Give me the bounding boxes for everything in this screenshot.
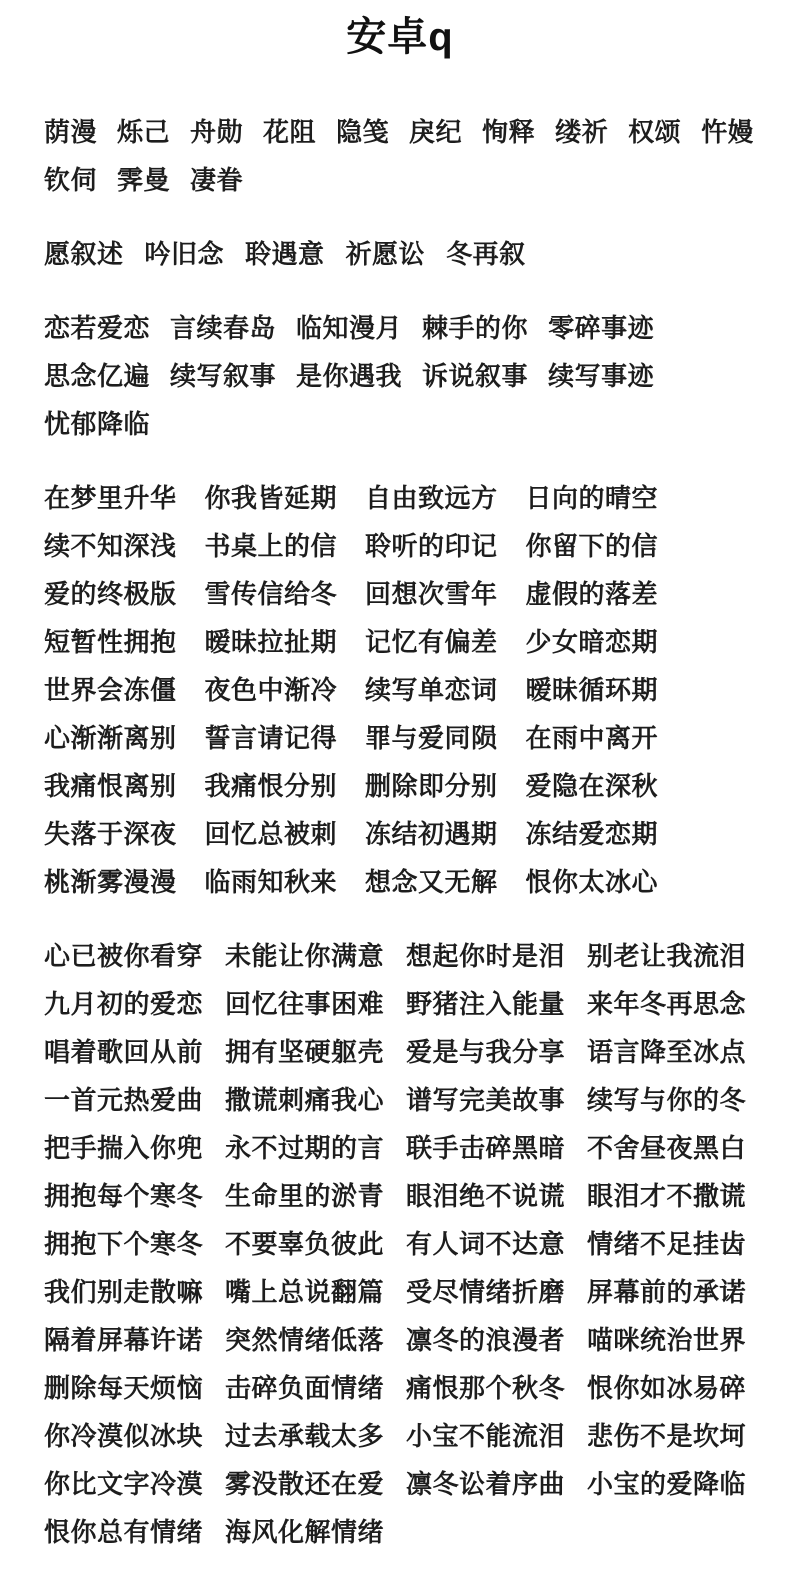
word: 你我皆延期	[205, 478, 338, 515]
word: 桃渐雾漫漫	[44, 862, 177, 899]
word-row: 你冷漠似冰块过去承载太多小宝不能流泪悲伤不是坎坷	[44, 1410, 756, 1458]
word: 凛冬的浪漫者	[406, 1320, 565, 1357]
word-row: 隔着屏幕许诺突然情绪低落凛冬的浪漫者喵咪统治世界	[44, 1314, 756, 1362]
word: 删除即分别	[365, 766, 498, 803]
word: 短暂性拥抱	[44, 622, 177, 659]
word: 情绪不足挂齿	[587, 1224, 746, 1261]
word: 续写叙事	[170, 356, 276, 393]
word: 聆听的印记	[365, 526, 498, 563]
word: 忧郁降临	[44, 404, 150, 441]
word: 悲伤不是坎坷	[587, 1416, 746, 1453]
word-row: 你比文字冷漠雾没散还在爱凛冬讼着序曲小宝的爱降临	[44, 1458, 756, 1506]
word-row: 在梦里升华你我皆延期自由致远方日向的晴空	[44, 472, 756, 520]
word: 拥有坚硬躯壳	[225, 1032, 384, 1069]
word: 续不知深浅	[44, 526, 177, 563]
word: 爱隐在深秋	[526, 766, 659, 803]
word: 世界会冻僵	[44, 670, 177, 707]
word: 吟旧念	[145, 234, 225, 271]
word: 在梦里升华	[44, 478, 177, 515]
word: 少女暗恋期	[526, 622, 659, 659]
word-row: 荫漫烁己舟勋花阻隐笺戾纪恂释缕祈权颂忤嫚	[44, 106, 756, 154]
word: 言续春岛	[170, 308, 276, 345]
word: 海风化解情绪	[225, 1512, 384, 1549]
word: 爱是与我分享	[406, 1032, 565, 1069]
word: 拥抱每个寒冬	[44, 1176, 203, 1213]
word: 九月初的爱恋	[44, 984, 203, 1021]
document-page: 安卓q 荫漫烁己舟勋花阻隐笺戾纪恂释缕祈权颂忤嫚钦伺霁曼凄眷愿叙述吟旧念聆遇意祈…	[0, 0, 800, 1596]
word: 记忆有偏差	[365, 622, 498, 659]
word: 回想次雪年	[365, 574, 498, 611]
word: 来年冬再思念	[587, 984, 746, 1021]
word: 你留下的信	[526, 526, 659, 563]
word: 心已被你看穿	[44, 936, 203, 973]
word: 烁己	[117, 112, 170, 149]
word-row: 拥抱每个寒冬生命里的淤青眼泪绝不说谎眼泪才不撒谎	[44, 1170, 756, 1218]
word-row: 恋若爱恋言续春岛临知漫月棘手的你零碎事迹	[44, 302, 756, 350]
word-row: 把手揣入你兜永不过期的言联手击碎黑暗不舍昼夜黑白	[44, 1122, 756, 1170]
word: 回忆往事困难	[225, 984, 384, 1021]
word: 权颂	[628, 112, 681, 149]
word-row: 忧郁降临	[44, 398, 756, 446]
word: 临雨知秋来	[205, 862, 338, 899]
word: 隐笺	[336, 112, 389, 149]
word: 思念亿遍	[44, 356, 150, 393]
word-row: 愿叙述吟旧念聆遇意祈愿讼冬再叙	[44, 228, 756, 276]
word: 不要辜负彼此	[225, 1224, 384, 1261]
word-row: 短暂性拥抱暧昧拉扯期记忆有偏差少女暗恋期	[44, 616, 756, 664]
word: 生命里的淤青	[225, 1176, 384, 1213]
word: 霁曼	[117, 160, 170, 197]
word: 荫漫	[44, 112, 97, 149]
section-three-char-names: 愿叙述吟旧念聆遇意祈愿讼冬再叙	[44, 228, 756, 276]
word: 永不过期的言	[225, 1128, 384, 1165]
word-row: 一首元热爱曲撒谎刺痛我心谱写完美故事续写与你的冬	[44, 1074, 756, 1122]
word: 受尽情绪折磨	[406, 1272, 565, 1309]
word: 冬再叙	[446, 234, 526, 271]
word: 暧昧循环期	[526, 670, 659, 707]
word: 凛冬讼着序曲	[406, 1464, 565, 1501]
word: 雪传信给冬	[205, 574, 338, 611]
word-sections: 荫漫烁己舟勋花阻隐笺戾纪恂释缕祈权颂忤嫚钦伺霁曼凄眷愿叙述吟旧念聆遇意祈愿讼冬再…	[44, 106, 756, 1554]
word: 恨你太冰心	[526, 862, 659, 899]
word: 冻结初遇期	[365, 814, 498, 851]
word: 想念又无解	[365, 862, 498, 899]
word: 雾没散还在爱	[225, 1464, 384, 1501]
word: 小宝不能流泪	[406, 1416, 565, 1453]
word: 恂释	[482, 112, 535, 149]
section-six-char-names: 心已被你看穿未能让你满意想起你时是泪别老让我流泪九月初的爱恋回忆往事困难野猪注入…	[44, 930, 756, 1554]
word: 回忆总被刺	[205, 814, 338, 851]
word: 我们别走散嘛	[44, 1272, 203, 1309]
word-row: 失落于深夜回忆总被刺冻结初遇期冻结爱恋期	[44, 808, 756, 856]
word: 眼泪才不撒谎	[587, 1176, 746, 1213]
word: 屏幕前的承诺	[587, 1272, 746, 1309]
word: 续写单恋词	[365, 670, 498, 707]
word: 一首元热爱曲	[44, 1080, 203, 1117]
word: 别老让我流泪	[587, 936, 746, 973]
word-row: 唱着歌回从前拥有坚硬躯壳爱是与我分享语言降至冰点	[44, 1026, 756, 1074]
word: 不舍昼夜黑白	[587, 1128, 746, 1165]
word: 恋若爱恋	[44, 308, 150, 345]
word: 聆遇意	[245, 234, 325, 271]
word: 棘手的你	[422, 308, 528, 345]
word: 你比文字冷漠	[44, 1464, 203, 1501]
word-row: 我痛恨离别我痛恨分别删除即分别爱隐在深秋	[44, 760, 756, 808]
word: 夜色中渐冷	[205, 670, 338, 707]
page-title: 安卓q	[44, 14, 756, 60]
section-five-char-names: 在梦里升华你我皆延期自由致远方日向的晴空续不知深浅书桌上的信聆听的印记你留下的信…	[44, 472, 756, 904]
word: 冻结爱恋期	[526, 814, 659, 851]
word: 撒谎刺痛我心	[225, 1080, 384, 1117]
section-four-char-names: 恋若爱恋言续春岛临知漫月棘手的你零碎事迹思念亿遍续写叙事是你遇我诉说叙事续写事迹…	[44, 302, 756, 446]
word: 眼泪绝不说谎	[406, 1176, 565, 1213]
word-row: 爱的终极版雪传信给冬回想次雪年虚假的落差	[44, 568, 756, 616]
word: 誓言请记得	[205, 718, 338, 755]
word: 忤嫚	[701, 112, 754, 149]
word: 喵咪统治世界	[587, 1320, 746, 1357]
word: 祈愿讼	[346, 234, 426, 271]
word: 在雨中离开	[526, 718, 659, 755]
word: 罪与爱同陨	[365, 718, 498, 755]
word: 心渐渐离别	[44, 718, 177, 755]
word: 暧昧拉扯期	[205, 622, 338, 659]
word: 戾纪	[409, 112, 462, 149]
word: 嘴上总说翻篇	[225, 1272, 384, 1309]
word: 恨你如冰易碎	[587, 1368, 746, 1405]
word-row: 九月初的爱恋回忆往事困难野猪注入能量来年冬再思念	[44, 978, 756, 1026]
word: 凄眷	[190, 160, 243, 197]
word: 你冷漠似冰块	[44, 1416, 203, 1453]
word: 想起你时是泪	[406, 936, 565, 973]
word: 隔着屏幕许诺	[44, 1320, 203, 1357]
word: 把手揣入你兜	[44, 1128, 203, 1165]
word: 唱着歌回从前	[44, 1032, 203, 1069]
word-row: 钦伺霁曼凄眷	[44, 154, 756, 202]
word: 联手击碎黑暗	[406, 1128, 565, 1165]
word-row: 心已被你看穿未能让你满意想起你时是泪别老让我流泪	[44, 930, 756, 978]
word: 我痛恨分别	[205, 766, 338, 803]
word: 虚假的落差	[526, 574, 659, 611]
word: 爱的终极版	[44, 574, 177, 611]
word: 花阻	[263, 112, 316, 149]
word: 痛恨那个秋冬	[406, 1368, 565, 1405]
word: 愿叙述	[44, 234, 124, 271]
word: 舟勋	[190, 112, 243, 149]
word: 未能让你满意	[225, 936, 384, 973]
word-row: 我们别走散嘛嘴上总说翻篇受尽情绪折磨屏幕前的承诺	[44, 1266, 756, 1314]
section-two-char-names: 荫漫烁己舟勋花阻隐笺戾纪恂释缕祈权颂忤嫚钦伺霁曼凄眷	[44, 106, 756, 202]
word: 是你遇我	[296, 356, 402, 393]
word: 野猪注入能量	[406, 984, 565, 1021]
word: 删除每天烦恼	[44, 1368, 203, 1405]
word: 有人词不达意	[406, 1224, 565, 1261]
word: 诉说叙事	[422, 356, 528, 393]
word: 恨你总有情绪	[44, 1512, 203, 1549]
word-row: 拥抱下个寒冬不要辜负彼此有人词不达意情绪不足挂齿	[44, 1218, 756, 1266]
word: 自由致远方	[365, 478, 498, 515]
word: 零碎事迹	[548, 308, 654, 345]
word: 我痛恨离别	[44, 766, 177, 803]
word: 失落于深夜	[44, 814, 177, 851]
word-row: 删除每天烦恼击碎负面情绪痛恨那个秋冬恨你如冰易碎	[44, 1362, 756, 1410]
word: 续写事迹	[548, 356, 654, 393]
word-row: 续不知深浅书桌上的信聆听的印记你留下的信	[44, 520, 756, 568]
word-row: 思念亿遍续写叙事是你遇我诉说叙事续写事迹	[44, 350, 756, 398]
word-row: 世界会冻僵夜色中渐冷续写单恋词暧昧循环期	[44, 664, 756, 712]
word-row: 心渐渐离别誓言请记得罪与爱同陨在雨中离开	[44, 712, 756, 760]
word-row: 桃渐雾漫漫临雨知秋来想念又无解恨你太冰心	[44, 856, 756, 904]
word: 临知漫月	[296, 308, 402, 345]
word: 过去承载太多	[225, 1416, 384, 1453]
word: 缕祈	[555, 112, 608, 149]
word: 拥抱下个寒冬	[44, 1224, 203, 1261]
word: 击碎负面情绪	[225, 1368, 384, 1405]
word: 日向的晴空	[526, 478, 659, 515]
word: 钦伺	[44, 160, 97, 197]
word-row: 恨你总有情绪海风化解情绪	[44, 1506, 756, 1554]
word: 小宝的爱降临	[587, 1464, 746, 1501]
word: 突然情绪低落	[225, 1320, 384, 1357]
word: 语言降至冰点	[587, 1032, 746, 1069]
word: 书桌上的信	[205, 526, 338, 563]
word: 续写与你的冬	[587, 1080, 746, 1117]
word: 谱写完美故事	[406, 1080, 565, 1117]
